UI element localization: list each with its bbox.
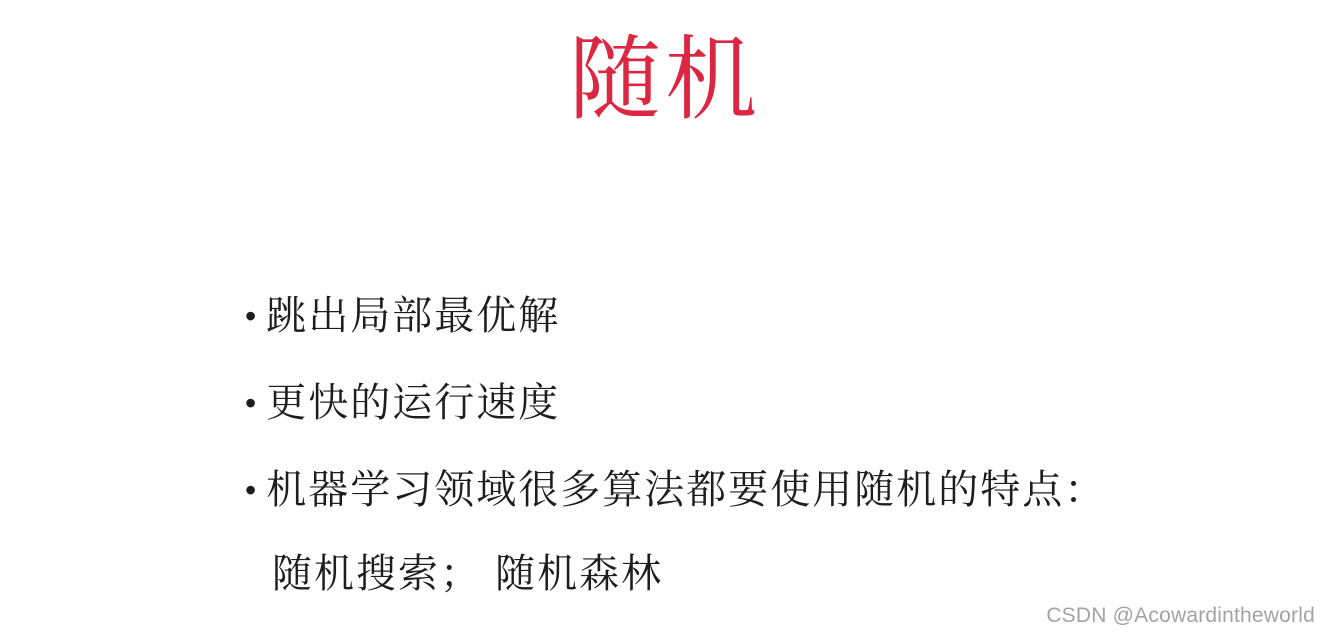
sub-line-random-search-forest: 随机搜索； 随机森林 [245,553,1145,596]
slide-title: 随机 [0,28,1330,134]
list-item: • 机器学习领域很多算法都要使用随机的特点： [245,469,1145,512]
list-item: • 跳出局部最优解 [245,295,1145,338]
bullet-dot-icon: • [245,469,256,512]
bullet-dot-icon: • [245,382,256,425]
bullet-text-ml-random-trait: 机器学习领域很多算法都要使用随机的特点： [266,469,1106,512]
list-item: • 更快的运行速度 [245,382,1145,425]
slide-canvas: 随机 • 跳出局部最优解 • 更快的运行速度 • 机器学习领域很多算法都要使用随… [0,0,1330,634]
bullet-dot-icon: • [245,295,256,338]
csdn-watermark: CSDN @Acowardintheworld [1046,604,1315,627]
bullet-text-faster-speed: 更快的运行速度 [266,382,560,425]
bullet-list: • 跳出局部最优解 • 更快的运行速度 • 机器学习领域很多算法都要使用随机的特… [245,295,1145,596]
bullet-text-jump-local-optimum: 跳出局部最优解 [266,295,560,338]
